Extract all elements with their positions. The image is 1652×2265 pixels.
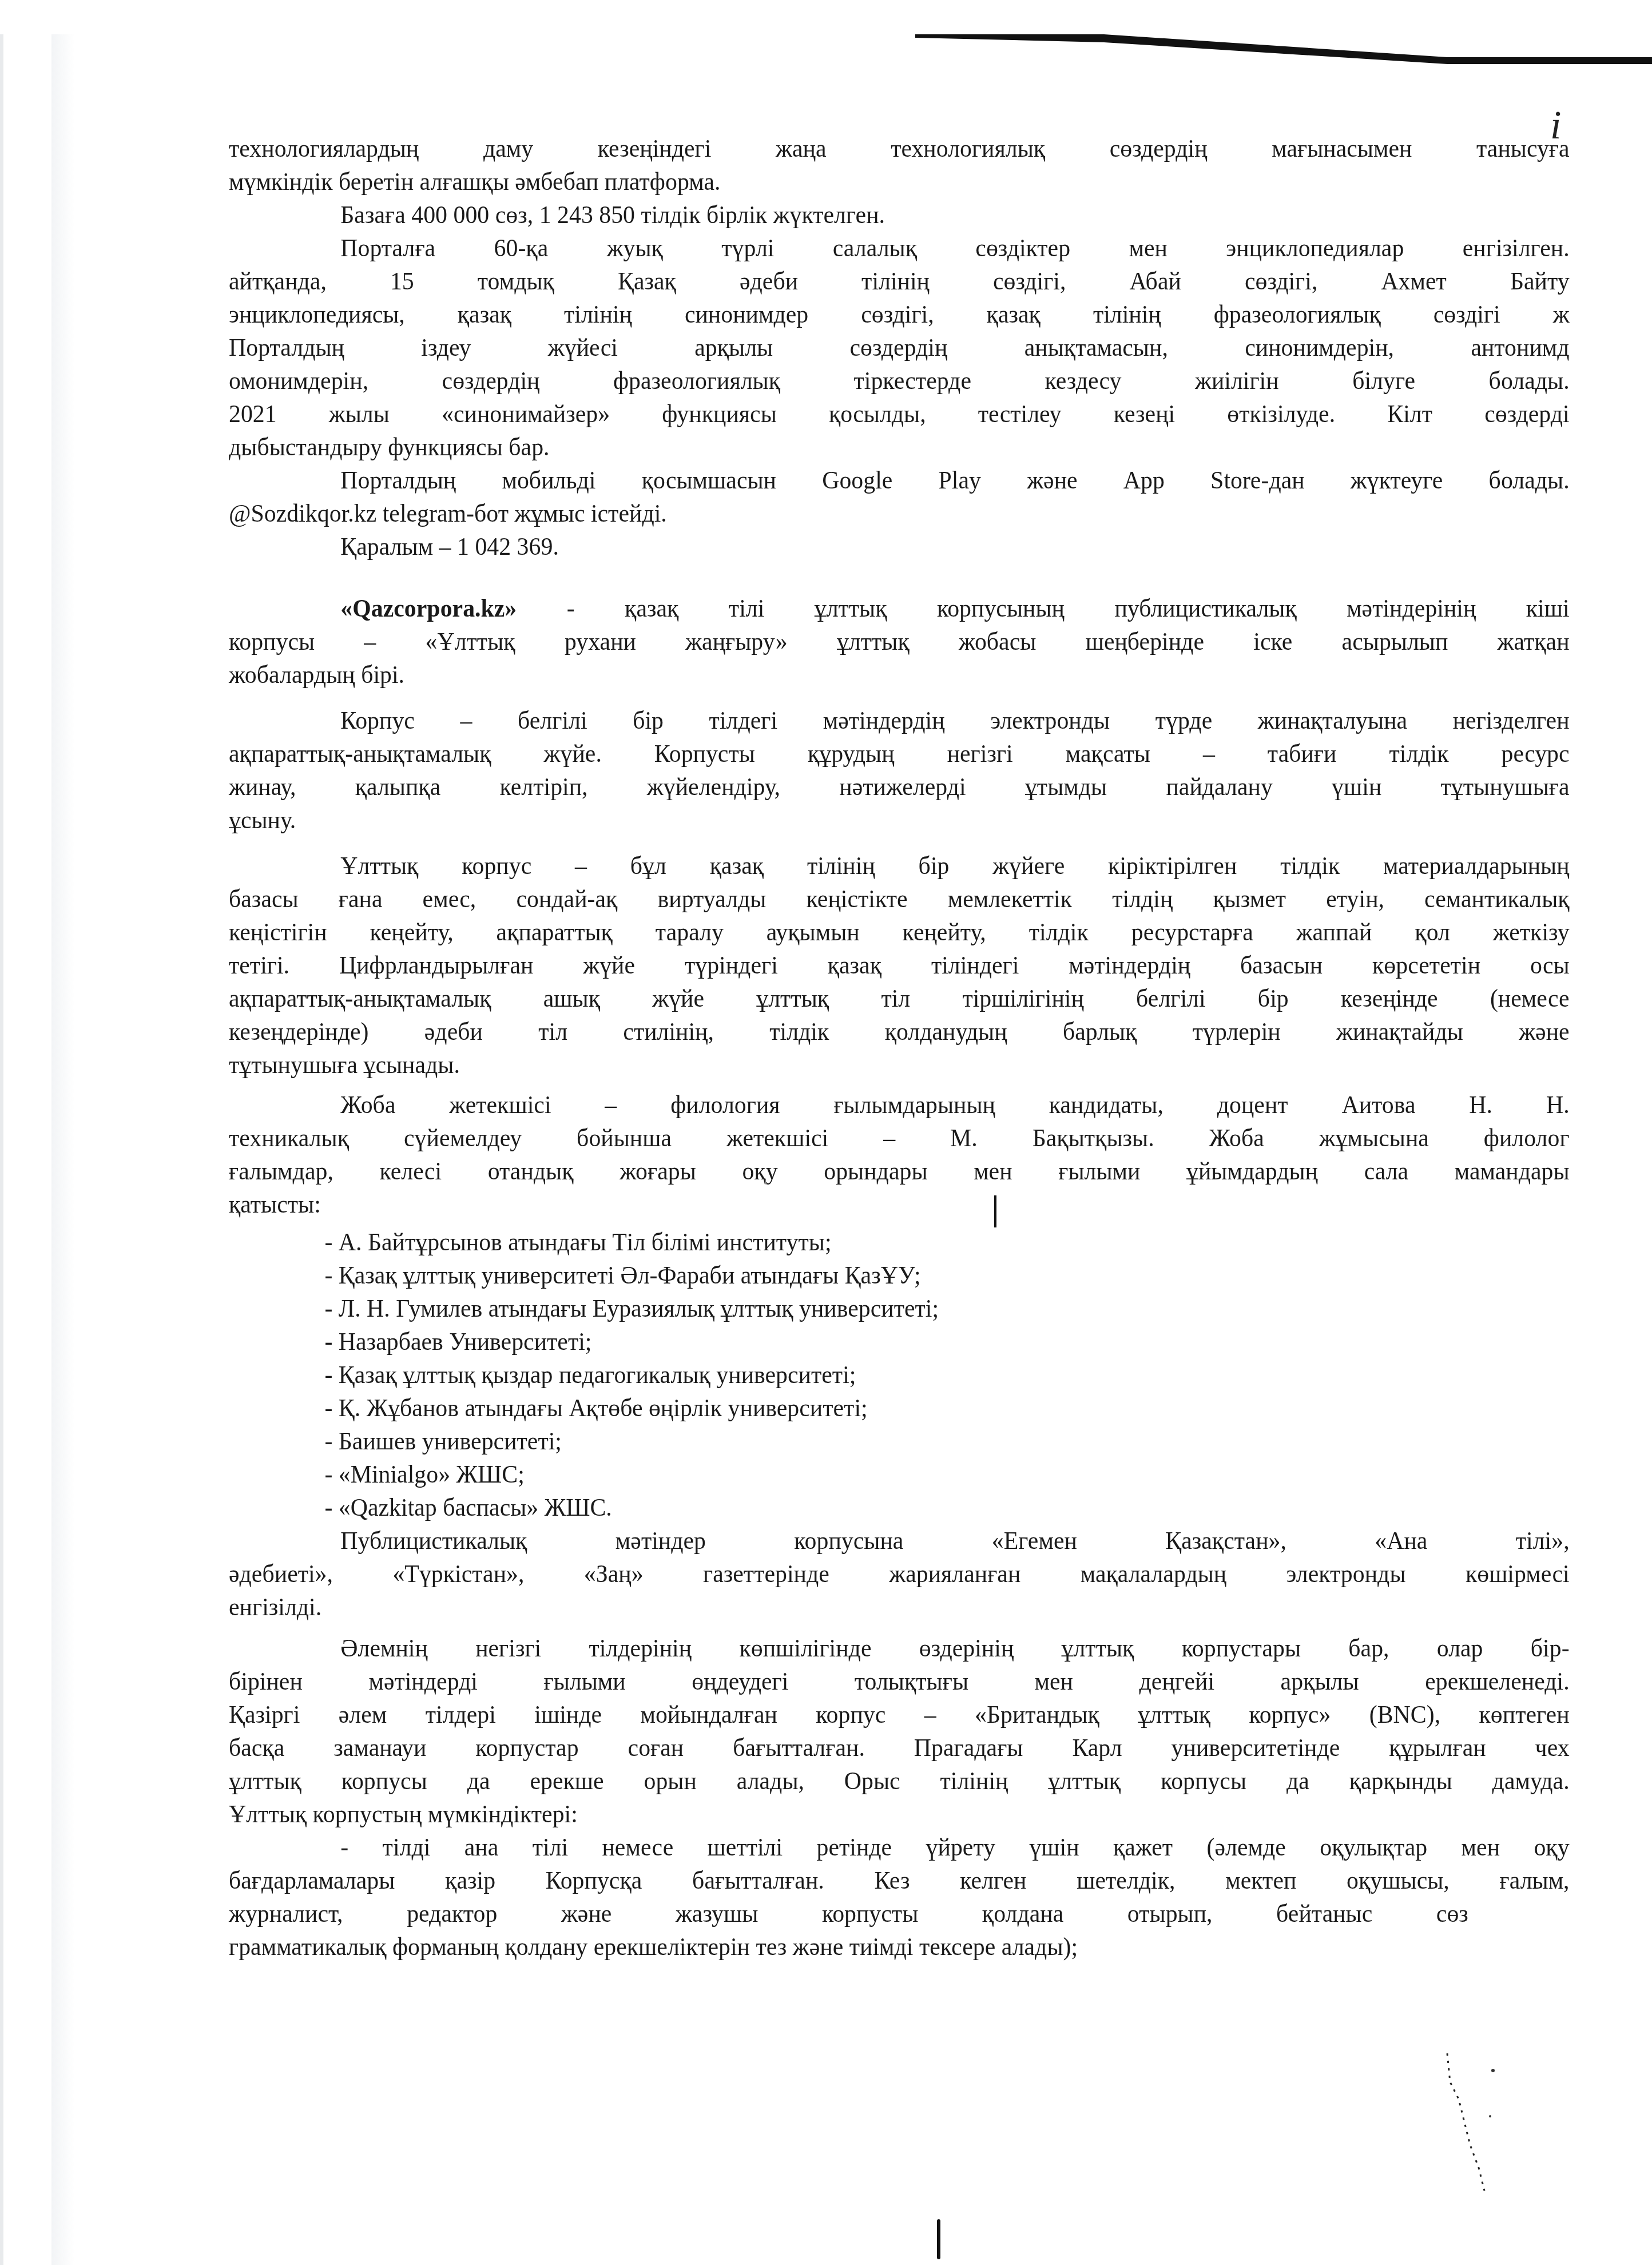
text-line: дыбыстандыру функциясы бар. <box>229 430 1570 463</box>
text-line: корпусы – «Ұлттық рухани жаңғыру» ұлттық… <box>229 625 1570 658</box>
text-line: ұсыну. <box>229 803 1570 836</box>
scan-shadow-top <box>915 34 1652 69</box>
text-line: ақпараттық-анықтамалық ашық жүйе ұлттық … <box>229 982 1570 1015</box>
text-line: әдебиеті», «Түркістан», «Заң» газеттерін… <box>229 1557 1570 1590</box>
text-line: «Qazcorpora.kz» - қазақ тілі ұлттық корп… <box>229 591 1570 625</box>
text-cursor-mark <box>994 1195 996 1227</box>
scan-edge-left <box>0 34 3 2265</box>
text-line: Қаралым – 1 042 369. <box>229 530 1570 563</box>
text-line: кеңістігін кеңейту, ақпараттық таралу ау… <box>229 915 1570 948</box>
spacer <box>229 1081 1567 1088</box>
list-item: - «Qazkitap баспасы» ЖШС. <box>229 1491 1474 1524</box>
paragraph-world-corpora: Әлемнің негізгі тілдерінің көпшілігінде … <box>229 1631 1567 1830</box>
text-line: жинау, қалыпқа келтіріп, жүйелендіру, нә… <box>229 770 1570 803</box>
text-line: Әлемнің негізгі тілдерінің көпшілігінде … <box>229 1631 1570 1664</box>
list-item: - Қазақ ұлттық университеті Әл-Фараби ат… <box>229 1258 1474 1292</box>
paragraph-corpus-definition: Корпус – белгілі бір тілдегі мәтіндердің… <box>229 704 1567 836</box>
document-page: технологиялардың даму кезеңіндегі жаңа т… <box>229 132 1567 1963</box>
text-line: Қазіргі әлем тілдері ішінде мойындалған … <box>229 1698 1570 1731</box>
text-line: ғалымдар, келесі отандық жоғары оқу орын… <box>229 1154 1570 1187</box>
spacer <box>229 836 1567 849</box>
list-item: - Қ. Жұбанов атындағы Ақтөбе өңірлік уни… <box>229 1391 1474 1424</box>
text-line: тұтынушыға ұсынады. <box>229 1048 1570 1081</box>
text-line: мүмкіндік беретін алғашқы әмбебап платфо… <box>229 165 1570 198</box>
text-line: Корпус – белгілі бір тілдегі мәтіндердің… <box>229 704 1570 737</box>
text-line: кезеңдерінде) әдеби тіл стилінің, тілдік… <box>229 1015 1570 1048</box>
paragraph-publicistic-corpus: Публицистикалық мәтіндер корпусына «Егем… <box>229 1524 1567 1623</box>
text-line: қатысты: <box>229 1187 1570 1221</box>
text-line: бағдарламалары қазір Корпусқа бағытталға… <box>229 1863 1570 1897</box>
text-line: Публицистикалық мәтіндер корпусына «Егем… <box>229 1524 1570 1557</box>
text-line: омонимдерін, сөздердің фразеологиялық ті… <box>229 364 1570 397</box>
text-line: ұлттық корпусы да ерекше орын алады, Оры… <box>229 1764 1570 1797</box>
text-line: энциклопедиясы, қазақ тілінің синонимдер… <box>229 297 1570 331</box>
text-line: 2021 жылы «синонимайзер» функциясы қосыл… <box>229 397 1570 430</box>
text-line: Жоба жетекшісі – филология ғылымдарының … <box>229 1088 1570 1121</box>
text-span: - қазақ тілі ұлттық корпусының публицист… <box>517 594 1569 622</box>
text-line: журналист, редактор және жазушы корпусты… <box>229 1897 1468 1930</box>
participants-list: - А. Байтұрсынов атындағы Тіл білімі инс… <box>229 1225 1567 1524</box>
scan-shadow-left <box>51 34 74 2265</box>
text-line: техникалық сүйемелдеу бойынша жетекшісі … <box>229 1121 1570 1154</box>
spacer <box>229 691 1567 704</box>
paragraph-intro: технологиялардың даму кезеңіндегі жаңа т… <box>229 132 1567 198</box>
text-line: жобалардың бірі. <box>229 658 1570 691</box>
paragraph-dictionaries: Порталға 60-қа жуық түрлі салалық сөздік… <box>229 231 1567 463</box>
text-line: @Sozdikqor.kz telegram-бот жұмыс істейді… <box>229 496 1570 530</box>
list-item: - А. Байтұрсынов атындағы Тіл білімі инс… <box>229 1225 1474 1258</box>
text-line: тетігі. Цифрландырылған жүйе түріндегі қ… <box>229 948 1570 982</box>
text-line: Порталдың іздеу жүйесі арқылы сөздердің … <box>229 331 1570 364</box>
list-item: - Назарбаев Университеті; <box>229 1325 1474 1358</box>
paragraph-corpus-capabilities: - тілді ана тілі немесе шеттілі ретінде … <box>229 1830 1567 1963</box>
paragraph-qazcorpora: «Qazcorpora.kz» - қазақ тілі ұлттық корп… <box>229 591 1567 691</box>
list-item: - Қазақ ұлттық қыздар педагогикалық унив… <box>229 1358 1474 1391</box>
qazcorpora-title: «Qazcorpora.kz» <box>340 594 517 622</box>
spacer <box>229 563 1567 591</box>
list-item: - Л. Н. Гумилев атындағы Еуразиялық ұлтт… <box>229 1292 1474 1325</box>
text-line: базасы ғана емес, сондай-ақ виртуалды ке… <box>229 882 1570 915</box>
text-line: - тілді ана тілі немесе шеттілі ретінде … <box>229 1830 1570 1863</box>
paragraph-national-corpus: Ұлттық корпус – бұл қазақ тілінің бір жү… <box>229 849 1567 1081</box>
text-line: басқа заманауи корпустар соған бағытталғ… <box>229 1731 1570 1764</box>
text-line: технологиялардың даму кезеңіндегі жаңа т… <box>229 132 1570 165</box>
page-mark <box>937 2219 940 2259</box>
text-line: Ұлттық корпустың мүмкіндіктері: <box>229 1797 1570 1830</box>
text-line: грамматикалық форманың қолдану ерекшелік… <box>229 1930 1570 1963</box>
paragraph-project-lead: Жоба жетекшісі – филология ғылымдарының … <box>229 1088 1567 1221</box>
text-line: Ұлттық корпус – бұл қазақ тілінің бір жү… <box>229 849 1570 882</box>
text-line: Порталдың мобильді қосымшасын Google Pla… <box>229 463 1570 496</box>
list-item: - «Minialgo» ЖШС; <box>229 1457 1474 1491</box>
text-line: бірінен мәтіндерді ғылыми өңдеудегі толы… <box>229 1664 1570 1698</box>
paragraph-mobile-app: Порталдың мобильді қосымшасын Google Pla… <box>229 463 1567 530</box>
text-line: енгізілді. <box>229 1590 1570 1623</box>
paragraph-views: Қаралым – 1 042 369. <box>229 530 1567 563</box>
text-line: Базаға 400 000 сөз, 1 243 850 тілдік бір… <box>229 198 1570 231</box>
text-line: ақпараттық-анықтамалық жүйе. Корпусты құ… <box>229 737 1570 770</box>
text-line: Порталға 60-қа жуық түрлі салалық сөздік… <box>229 231 1570 264</box>
text-line: айтқанда, 15 томдық Қазақ әдеби тілінің … <box>229 264 1570 297</box>
paragraph-base-size: Базаға 400 000 сөз, 1 243 850 тілдік бір… <box>229 198 1567 231</box>
spacer <box>229 1623 1567 1631</box>
list-item: - Баишев университеті; <box>229 1424 1474 1457</box>
spacer <box>229 1221 1567 1225</box>
scan-specks <box>1436 2048 1504 2219</box>
